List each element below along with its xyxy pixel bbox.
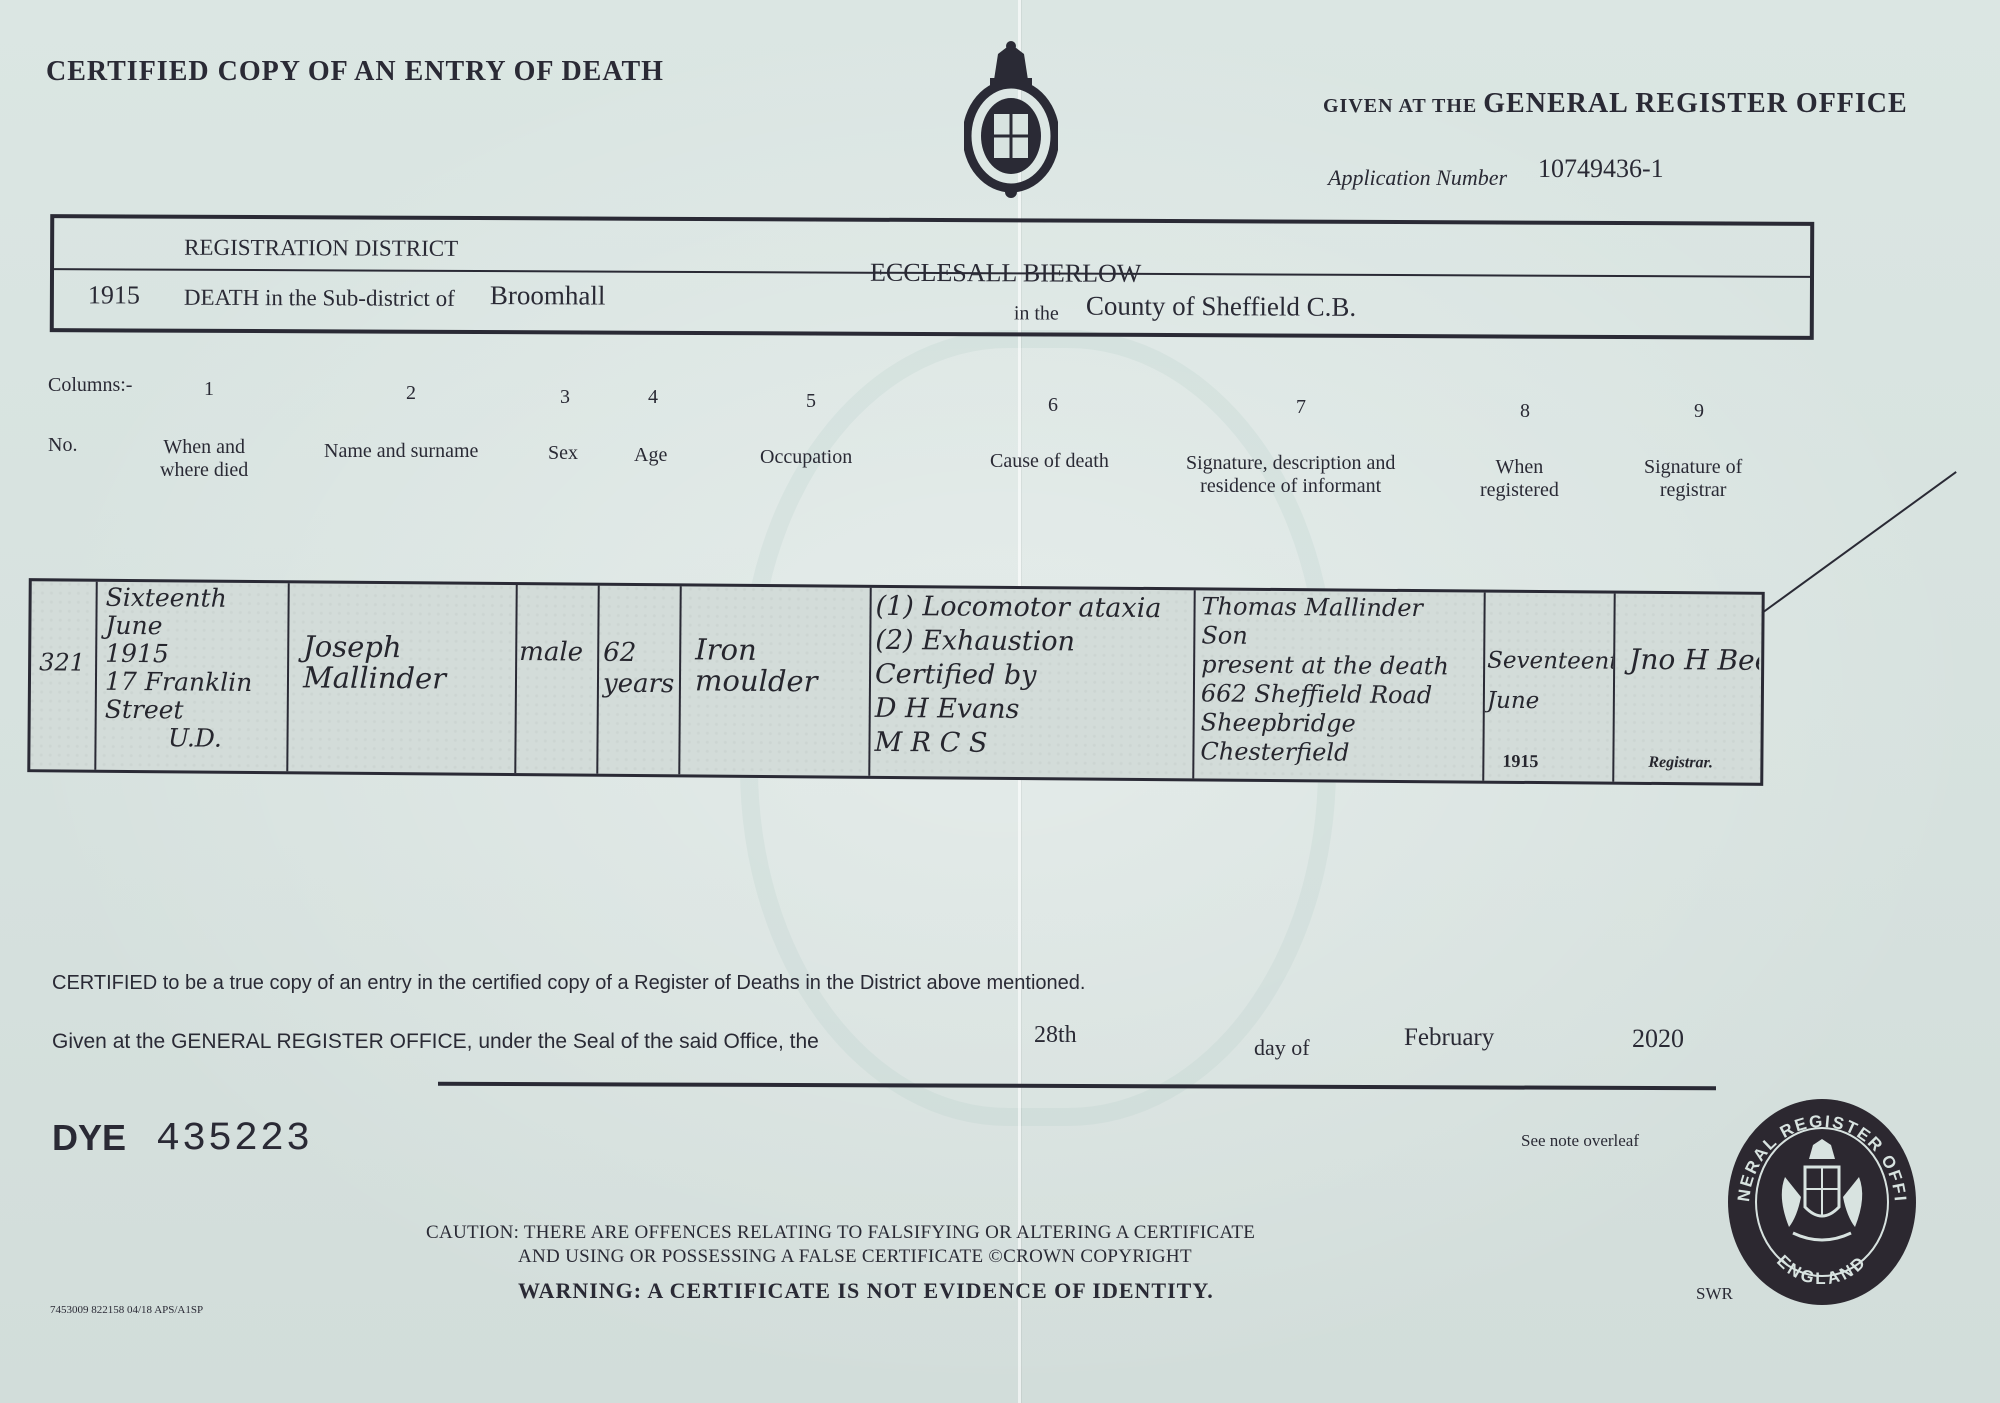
column-number-9: 9	[1694, 400, 1704, 423]
registration-year: 1915	[88, 280, 140, 310]
column-number-5: 5	[806, 390, 816, 413]
certification-month: February	[1404, 1024, 1494, 1052]
column-label-when-registered: When registered	[1480, 456, 1559, 502]
see-note-overleaf: See note overleaf	[1521, 1131, 1639, 1151]
county: County of Sheffield C.B.	[1086, 291, 1356, 323]
given-at-statement: Given at the GENERAL REGISTER OFFICE, un…	[52, 1030, 819, 1054]
column-number-3: 3	[560, 386, 570, 409]
column-label-informant: Signature, description and residence of …	[1186, 452, 1395, 498]
given-at-heading: GIVEN AT THE GENERAL REGISTER OFFICE	[1323, 88, 1908, 120]
column-number-6: 6	[1048, 394, 1058, 417]
entry-number: 321	[39, 647, 85, 678]
serial-prefix: DYE	[52, 1117, 126, 1159]
identity-warning: WARNING: A CERTIFICATE IS NOT EVIDENCE O…	[518, 1278, 1214, 1304]
column-label-sex: Sex	[548, 442, 578, 465]
column-label-when-where: When and where died	[160, 436, 248, 482]
royal-crest-icon	[964, 40, 1058, 200]
column-no-label: No.	[48, 434, 77, 457]
occupation-value: Iron moulder	[695, 634, 818, 697]
county-label: in the	[1014, 302, 1059, 325]
given-at-office: GENERAL REGISTER OFFICE	[1483, 88, 1907, 119]
registration-district: ECCLESALL BIERLOW	[870, 258, 1141, 289]
cell-age: 62 years	[598, 586, 681, 775]
cell-informant: Thomas Mallinder Son present at the deat…	[1194, 590, 1485, 780]
cancellation-stroke	[1761, 471, 1956, 614]
cell-no: 321	[30, 581, 97, 770]
sub-district-label: DEATH in the Sub-district of	[184, 285, 455, 312]
caution-line-2: AND USING OR POSSESSING A FALSE CERTIFIC…	[518, 1246, 1192, 1268]
registration-district-box: REGISTRATION DISTRICT ECCLESALL BIERLOW …	[50, 214, 1814, 340]
cell-when-registered: Seventeenth June 1915	[1484, 593, 1615, 782]
day-of-label: day of	[1254, 1035, 1310, 1061]
column-label-occupation: Occupation	[760, 446, 852, 469]
column-number-2: 2	[406, 382, 416, 405]
column-label-registrar: Signature of registrar	[1644, 456, 1742, 502]
sub-district: Broomhall	[490, 280, 606, 312]
column-label-cause: Cause of death	[990, 450, 1109, 473]
serial-number: 435223	[156, 1117, 312, 1162]
cell-occupation: Iron moulder	[680, 586, 871, 775]
column-label-age: Age	[634, 444, 667, 467]
column-number-7: 7	[1296, 396, 1306, 419]
entry-row: 321 Sixteenth June 1915 17 Franklin Stre…	[27, 578, 1764, 786]
sex-value: male	[519, 637, 583, 669]
certification-statement: CERTIFIED to be a true copy of an entry …	[52, 972, 1085, 995]
application-number: 10749436-1	[1538, 154, 1664, 184]
certification-year: 2020	[1632, 1024, 1684, 1054]
application-number-label: Application Number	[1328, 165, 1507, 191]
form-code: 7453009 822158 04/18 APS/A1SP	[50, 1304, 203, 1316]
column-number-8: 8	[1520, 400, 1530, 423]
registrar-signature: Jno H Bee	[1629, 644, 1760, 676]
informant: Thomas Mallinder Son present at the deat…	[1200, 592, 1449, 768]
when-where-died: Sixteenth June 1915 17 Franklin Street U…	[104, 584, 253, 753]
columns-prefix: Columns:-	[48, 374, 132, 397]
cell-name: Joseph Mallinder	[288, 583, 517, 773]
registration-district-label: REGISTRATION DISTRICT	[184, 235, 458, 262]
cause-of-death: (1) Locomotor ataxia (2) Exhaustion Cert…	[874, 590, 1161, 762]
caution-line-1: CAUTION: THERE ARE OFFENCES RELATING TO …	[426, 1222, 1255, 1244]
certification-day: 28th	[1034, 1022, 1077, 1049]
column-label-name: Name and surname	[324, 440, 478, 463]
cell-when-where: Sixteenth June 1915 17 Franklin Street U…	[96, 582, 289, 772]
cell-cause: (1) Locomotor ataxia (2) Exhaustion Cert…	[870, 588, 1195, 779]
column-number-4: 4	[648, 386, 658, 409]
when-registered: Seventeenth June	[1487, 641, 1616, 722]
death-certificate: CERTIFIED COPY OF AN ENTRY OF DEATH GIVE…	[0, 0, 2000, 1403]
certificate-title: CERTIFIED COPY OF AN ENTRY OF DEATH	[46, 56, 664, 88]
age-value: 62 years	[603, 638, 675, 701]
column-number-1: 1	[204, 378, 214, 401]
registrar-label: Registrar.	[1648, 754, 1713, 773]
when-registered-year: 1915	[1502, 751, 1538, 772]
general-register-office-seal-icon: GENERAL REGISTER OFFICE ENGLAND	[1727, 1097, 1917, 1307]
cell-registrar: Jno H Bee Registrar.	[1614, 594, 1759, 783]
cell-sex: male	[516, 585, 599, 774]
deceased-name: Joseph Mallinder	[303, 631, 447, 694]
given-at-small: GIVEN AT THE	[1323, 95, 1477, 117]
